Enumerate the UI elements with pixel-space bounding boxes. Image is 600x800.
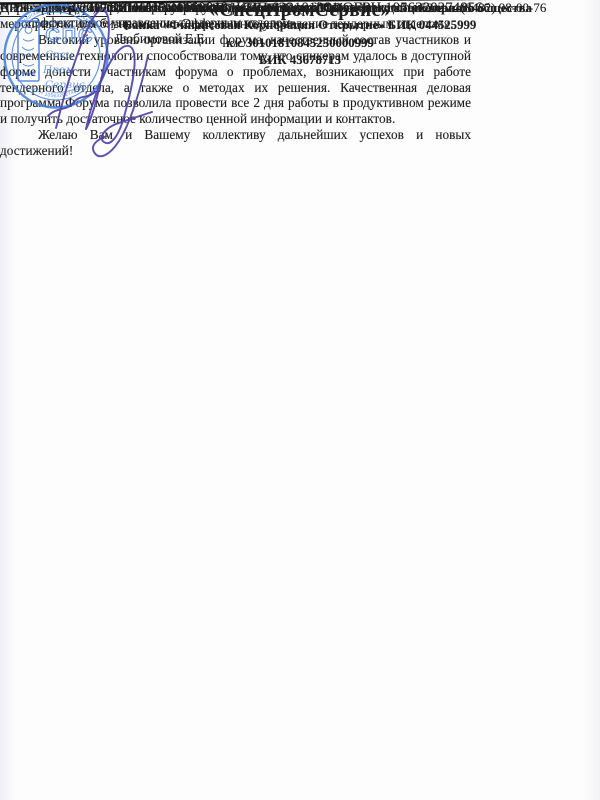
footer-line: к/с 30101810845250000999	[0, 35, 600, 52]
footer-line: р/с 40702810602500007874 в филиале Точка…	[0, 0, 600, 17]
scanned-letter-page: Общество с Ограниченной Ответственностью…	[0, 0, 600, 800]
footer-bank-details: р/с 40702810602500007874 в филиале Точка…	[0, 0, 600, 70]
footer-line: БИК 43678713	[0, 52, 600, 69]
footer-line: Банка «Финансовая Корпорация Открытие» Б…	[0, 17, 600, 34]
